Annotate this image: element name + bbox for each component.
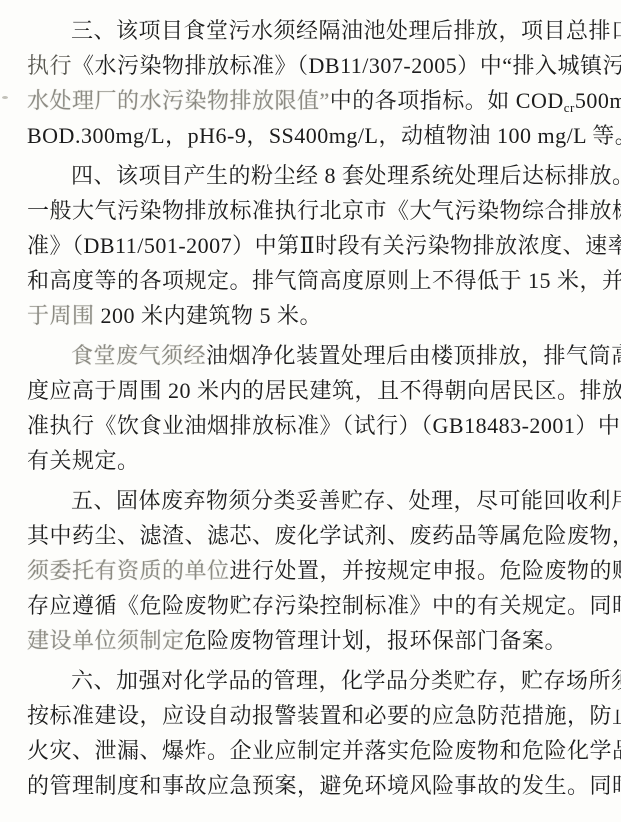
paragraph-4-dust-emission: 四、该项目产生的粉尘经 8 套处理系统处理后达标排放。 一般大气污染物排放标准执… (27, 158, 597, 333)
scanned-document-page: 三、该项目食堂污水须经隔油池处理后排放，项目总排口 执行《水污染物排放标准》（D… (0, 0, 621, 822)
paragraph-6-chemicals-management: 六、加强对化学品的管理，化学品分类贮存，贮存场所须 按标准建设，应设自动报警装置… (27, 663, 597, 803)
text-line: 度应高于周围 20 米内的居民建筑，且不得朝向居民区。排放标 (27, 373, 597, 408)
text-segment-faded: 建设单位须制定 (27, 628, 185, 653)
text-line: 建设单位须制定危险废物管理计划，报环保部门备案。 (27, 623, 597, 658)
text-line: 六、加强对化学品的管理，化学品分类贮存，贮存场所须 (27, 663, 597, 698)
text-line: 按标准建设，应设自动报警装置和必要的应急防范措施，防止 (27, 698, 597, 733)
text-segment-faded: 水处理厂的水污染物排放限值” (27, 88, 330, 113)
text-segment: 200 米内建筑物 5 米。 (95, 303, 323, 328)
text-segment-faded: 食堂废气须经 (71, 343, 206, 368)
text-line: 三、该项目食堂污水须经隔油池处理后排放，项目总排口 (27, 13, 597, 48)
text-line: 于周围 200 米内建筑物 5 米。 (27, 298, 597, 333)
text-segment: 500mg/L， (575, 88, 621, 113)
paragraph-5-solid-waste: 五、固体废弃物须分类妥善贮存、处理，尽可能回收利用。 其中药尘、滤渣、滤芯、废化… (27, 483, 597, 658)
text-line: 其中药尘、滤渣、滤芯、废化学试剂、废药品等属危险废物， (27, 518, 597, 553)
paragraph-canteen-fume: 食堂废气须经油烟净化装置处理后由楼顶排放，排气筒高 度应高于周围 20 米内的居… (27, 338, 597, 478)
text-line: 一般大气污染物排放标准执行北京市《大气污染物综合排放标 (27, 193, 597, 228)
text-line: 食堂废气须经油烟净化装置处理后由楼顶排放，排气筒高 (27, 338, 597, 373)
scan-speck (2, 96, 8, 99)
text-line: 准》（DB11/501-2007）中第Ⅱ时段有关污染物排放浓度、速率 (27, 228, 597, 263)
text-line: 四、该项目产生的粉尘经 8 套处理系统处理后达标排放。 (27, 158, 597, 193)
text-segment: 《水污染物排放标准》（DB11/307-2005）中“排入城镇污 (72, 53, 621, 78)
text-segment: 危险废物管理计划，报环保部门备案。 (185, 628, 568, 653)
text-segment-faded: 须委托有资质的单位 (27, 558, 230, 583)
cod-subscript: cr (564, 100, 575, 115)
text-segment: 进行处置，并按规定申报。危险废物的贮 (230, 558, 621, 583)
text-segment: 中的各项指标。如 COD (330, 88, 564, 113)
text-line: 有关规定。 (27, 443, 597, 478)
text-line: 执行《水污染物排放标准》（DB11/307-2005）中“排入城镇污 (27, 48, 597, 83)
text-segment-faded: 于周围 (27, 303, 95, 328)
text-segment: 油烟净化装置处理后由楼顶排放，排气筒高 (206, 343, 621, 368)
text-line: 存应遵循《危险废物贮存污染控制标准》中的有关规定。同时 (27, 588, 597, 623)
paragraph-3-canteen-wastewater: 三、该项目食堂污水须经隔油池处理后排放，项目总排口 执行《水污染物排放标准》（D… (27, 13, 597, 153)
text-line: 和高度等的各项规定。排气筒高度原则上不得低于 15 米，并高 (27, 263, 597, 298)
document-text-block: 三、该项目食堂污水须经隔油池处理后排放，项目总排口 执行《水污染物排放标准》（D… (27, 13, 597, 808)
text-line: 的管理制度和事故应急预案，避免环境风险事故的发生。同时 (27, 768, 597, 803)
text-segment-faded: 执行 (27, 53, 72, 78)
text-line: 火灾、泄漏、爆炸。企业应制定并落实危险废物和危险化学品 (27, 733, 597, 768)
text-line: BOD.300mg/L，pH6-9，SS400mg/L，动植物油 100 mg/… (27, 118, 597, 153)
text-line: 水处理厂的水污染物排放限值”中的各项指标。如 CODcr500mg/L， (27, 83, 597, 118)
text-line: 准执行《饮食业油烟排放标准》（试行）（GB18483-2001）中的 (27, 408, 597, 443)
text-line: 须委托有资质的单位进行处置，并按规定申报。危险废物的贮 (27, 553, 597, 588)
text-line: 五、固体废弃物须分类妥善贮存、处理，尽可能回收利用。 (27, 483, 597, 518)
